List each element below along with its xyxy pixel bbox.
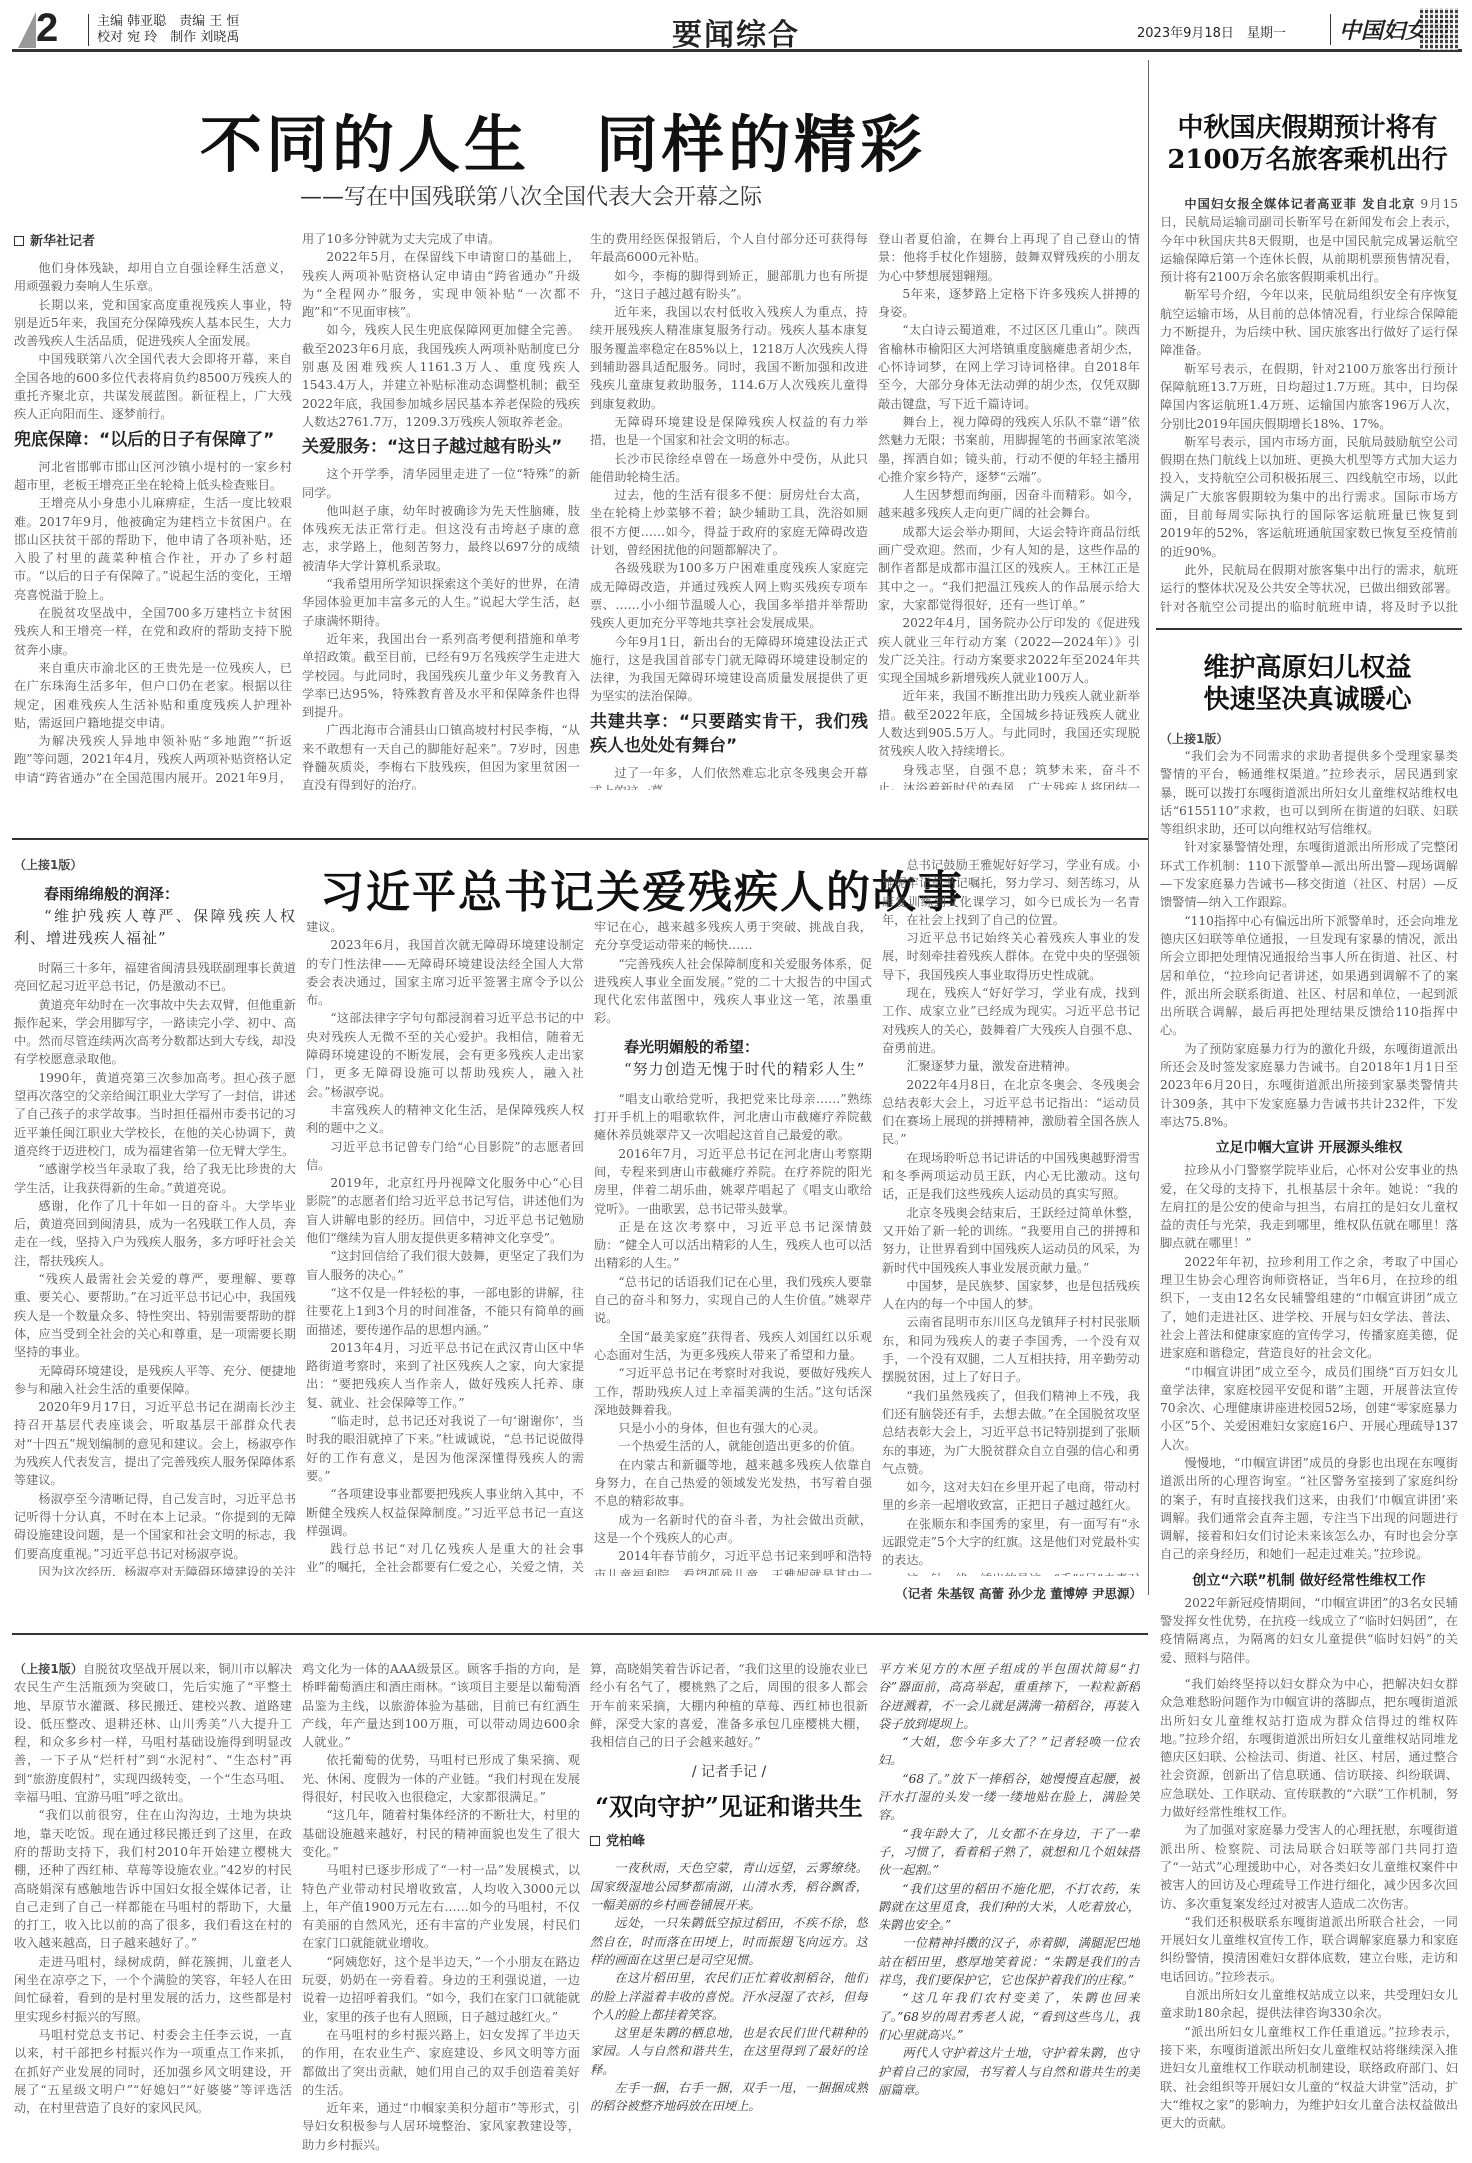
continued-label: （上接1版） <box>14 856 296 873</box>
sidebar-mid-body: （上接1版） “我们会为不同需求的求助者提供多个受理家暴类警情的平台，畅通维权渠… <box>1160 730 1458 1675</box>
lead-subtitle-3: 共建共享：“只要踏实肯干，我们残疾人也处处有舞台” <box>590 710 868 758</box>
xi-story-title: 习近平总书记关爱残疾人的故事 <box>320 856 964 920</box>
xi-story-column-3: 牢记在心，越来越多残疾人勇于突破、挑战自我，充分享受运动带来的畅快…… “完善残… <box>594 918 872 1576</box>
lead-column-2: 用了10多分钟就为丈夫完成了申请。 2022年5月，在保留线下申请窗口的基础上，… <box>302 230 580 790</box>
reporter-note-title: “双向守护”见证和谐共生 <box>590 1787 868 1822</box>
section-divider <box>12 838 1148 840</box>
lead-column-1: 新华社记者 他们身体残缺，却用自立自强诠释生活意义，用顽强毅力奏响人生乐章。 长… <box>14 230 292 790</box>
qr-code-icon[interactable] <box>1420 8 1458 50</box>
reporter-note-byline: 党柏峰 <box>590 1830 868 1849</box>
sidebar-divider <box>1156 628 1462 630</box>
xi-subtitle-2-quote: “努力创造无愧于时代的精彩人生” <box>594 1058 872 1080</box>
xi-story-column-1: （上接1版） 春雨绵绵般的润泽： “维护残疾人尊严、保障残疾人权利、增进残疾人福… <box>14 856 296 1576</box>
sidebar-mid-body-continued: “我们始终坚持以妇女群众为中心，把解决妇女群众急难愁盼问题作为巾帼宣讲的落脚点，… <box>1160 1675 1458 2155</box>
section-divider <box>12 1633 1148 1635</box>
xi-subtitle-1-quote: “维护残疾人尊严、保障残疾人权利、增进残疾人福祉” <box>14 905 296 949</box>
page-number-accent-icon <box>18 12 36 48</box>
column-divider <box>1148 60 1149 1595</box>
xi-story-column-2: 建议。 2023年6月，我国首次就无障碍环境建设制定的专门性法律——无障碍环境建… <box>306 918 584 1576</box>
xi-story-credit: （记者 朱基钗 高蕾 孙少龙 董博婷 尹思源） <box>880 1584 1142 1602</box>
bottom-story-column-2: 鸡文化为一体的AAA级景区。顾客手指的方向，是桥畔葡萄酒庄和酒庄雨林。“该项目主… <box>302 1660 580 2160</box>
reporter-note-tag: / 记者手记 / <box>590 1761 868 1781</box>
continued-label: （上接1版） <box>1160 730 1458 747</box>
sidebar-mid-subtitle-1: 立足巾帼大宣讲 开展源头维权 <box>1160 1137 1458 1157</box>
byline-box-icon <box>14 236 24 246</box>
section-title: 要闻综合 <box>672 10 800 54</box>
bottom-story-column-1: （上接1版）自脱贫攻坚战开展以来，铜川市以解决农民生产生活瓶颈为突破口，先后实施… <box>14 1660 292 2160</box>
xi-subtitle-1: 春雨绵绵般的润泽： <box>14 883 296 905</box>
xi-story-column-4: 总书记鼓励王雅妮好好学习，学业有成。小雅妮牢记总书记嘱托，努力学习、刻苦练习，从… <box>882 856 1140 1576</box>
lead-column-3: 生的费用经医保报销后，个人自付部分还可获得每年最高6000元补贴。 如今，李梅的… <box>590 230 868 790</box>
byline-box-icon <box>590 1836 600 1846</box>
page-number: 2 <box>18 8 76 50</box>
lead-byline: 新华社记者 <box>14 230 292 249</box>
bottom-story-column-3: 算，高晓娟笑着告诉记者，“我们这里的设施农业已经小有名气了，樱桃熟了之后，周围的… <box>590 1660 868 2160</box>
issue-date: 2023年9月18日 星期一 <box>1137 22 1286 41</box>
lead-subtitle-2: 关爱服务：“这日子越过越有盼头” <box>302 435 580 459</box>
lead-headline: 不同的人生 同样的精彩 <box>200 95 926 184</box>
staff-credits: 主编 韩亚聪 责编 王 恒 校对 宛 玲 制作 刘晓禹 <box>88 14 239 46</box>
sidebar-top-headline: 中秋国庆假期预计将有 2100万名旅客乘机出行 <box>1155 112 1460 176</box>
lead-subtitle-1: 兜底保障：“以后的日子有保障了” <box>14 428 292 452</box>
xi-subtitle-2: 春光明媚般的希望： <box>594 1036 872 1058</box>
sidebar-mid-subtitle-2: 创立“六联”机制 做好经常性维权工作 <box>1160 1570 1458 1590</box>
lead-subhead: ——写在中国残联第八次全国代表大会开幕之际 <box>300 180 762 211</box>
lead-column-4: 登山者夏伯渝，在舞台上再现了自己登山的情景：他将手杖化作翅膀，鼓舞双臂残疾的小朋… <box>878 230 1140 790</box>
bottom-story-column-4: 平方米见方的木匣子组成的半包围状简易“打谷”器面前，高高举起，重重摔下，一粒粒新… <box>878 1660 1140 2160</box>
masthead: 2 主编 韩亚聪 责编 王 恒 校对 宛 玲 制作 刘晓禹 要闻综合 2023年… <box>12 8 1462 52</box>
sidebar-mid-headline: 维护高原妇儿权益 快速坚决真诚暖心 <box>1155 652 1460 716</box>
continued-label: （上接1版） <box>14 1662 83 1676</box>
sidebar-top-body: 中国妇女报全媒体记者高亚菲 发自北京 9月15日，民航局运输司副司长靳军号在新闻… <box>1160 195 1458 615</box>
